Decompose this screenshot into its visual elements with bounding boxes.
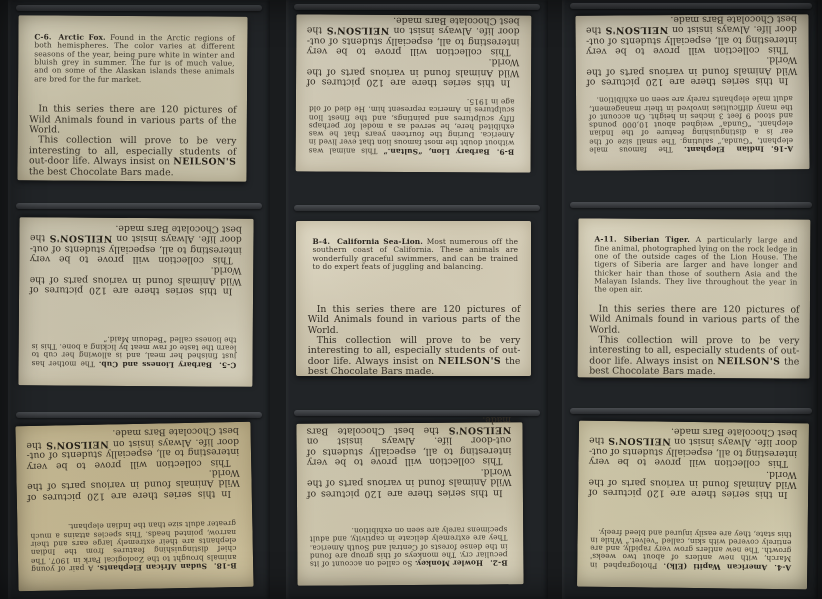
card-title: Howler Monkey. [415, 559, 483, 568]
card-title: Barbary Lioness and Cub. [99, 359, 212, 369]
card-siberian-tiger: A-11.Siberian Tiger. A particularly larg… [578, 218, 811, 378]
series-paragraph: This collection will prove to be very in… [29, 136, 237, 179]
card-indian-elephant: A-16.Indian Elephant. The famous male el… [575, 14, 809, 171]
series-footer: In this series there are 120 pictures of… [589, 304, 799, 378]
series-paragraph: In this series there are 120 pictures of… [29, 104, 236, 137]
series-paragraph: In this series there are 120 pictures of… [30, 263, 242, 296]
card-number: B-18. [214, 561, 237, 570]
pocket-slot-ridge [16, 5, 262, 11]
nine-pocket-card-page-photo: C-6.Arctic Fox. Found in the Arctic regi… [0, 0, 822, 599]
card-barbary-lioness-and-cub: C-5.Barbary Lioness and Cub. The mother … [18, 217, 253, 387]
card-description: C-5.Barbary Lioness and Cub. The mother … [31, 334, 236, 369]
pocket-slot-ridge [16, 412, 262, 418]
series-footer: In this series there are 120 pictures of… [30, 222, 242, 296]
pocket-slot-ridge [294, 4, 540, 10]
series-footer: In this series there are 120 pictures of… [29, 104, 237, 178]
brand-name: NEILSON'S [608, 435, 671, 447]
pocket-slot-ridge [570, 3, 812, 9]
series-paragraph: In this series there are 120 pictures of… [588, 466, 797, 500]
series-paragraph: This collection will prove to be very in… [308, 336, 521, 378]
card-description: A-4.American Wapiti (Elk). Photographed … [590, 527, 792, 571]
card-american-wapiti-elk: A-4.American Wapiti (Elk). Photographed … [577, 421, 809, 590]
card-barbary-lion-sultan: B-9.Barbary Lion, “Sultan.” This animal … [296, 14, 532, 172]
brand-name: NEILSON'S [448, 424, 511, 435]
series-paragraph: This collection will prove to be very in… [589, 424, 798, 468]
series-paragraph: This collection will prove to be very in… [589, 336, 799, 379]
pocket-slot-ridge [570, 202, 812, 208]
series-footer: In this series there are 120 pictures of… [307, 414, 512, 499]
brand-name: NEILSON'S [438, 356, 501, 367]
card-arctic-fox: C-6.Arctic Fox. Found in the Arctic regi… [17, 15, 247, 182]
card-description-text: A particularly large and fine animal, ph… [594, 235, 797, 293]
card-description: B-2.Howler Monkey. So called on account … [310, 525, 508, 568]
card-howler-monkey: B-2.Howler Monkey. So called on account … [296, 422, 523, 586]
pocket-slot-ridge [570, 408, 812, 414]
card-title: Indian Elephant. [684, 144, 764, 154]
card-description: B-18.Sudan African Elephants. A pair of … [30, 519, 237, 573]
card-california-sea-lion: B-4.California Sea-Lion. Most numerous o… [296, 221, 531, 376]
series-paragraph: In this series there are 120 pictures of… [308, 305, 521, 336]
card-description: B-4.California Sea-Lion. Most numerous o… [312, 238, 518, 271]
series-paragraph: In this series there are 120 pictures of… [307, 55, 520, 87]
card-description: B-9.Barbary Lion, “Sultan.” This animal … [309, 96, 515, 155]
pocket-slot-ridge [294, 205, 540, 211]
series-paragraph: In this series there are 120 pictures of… [307, 466, 512, 499]
series-paragraph: This collection will prove to be very in… [307, 414, 512, 467]
card-description: C-6.Arctic Fox. Found in the Arctic regi… [34, 33, 235, 84]
pocket-slot-ridge [16, 203, 262, 209]
series-footer: In this series there are 120 pictures of… [307, 14, 520, 88]
series-footer: In this series there are 120 pictures of… [588, 424, 797, 499]
series-paragraph: This collection will prove to be very in… [307, 14, 520, 57]
card-description-text: This animal was without doubt the most f… [309, 97, 515, 155]
brand-name: NEILSON'S [605, 24, 668, 35]
series-paragraph: This collection will prove to be very in… [586, 13, 797, 56]
brand-name: NEILSON'S [717, 356, 780, 367]
series-paragraph: In this series there are 120 pictures of… [27, 467, 240, 502]
card-description: A-11.Siberian Tiger. A particularly larg… [594, 236, 797, 295]
series-paragraph: In this series there are 120 pictures of… [589, 304, 799, 336]
card-number: B-2. [490, 559, 508, 568]
card-description-text: Found in the Arctic regions of both hemi… [34, 33, 235, 84]
series-footer: In this series there are 120 pictures of… [26, 425, 240, 502]
series-footer: In this series there are 120 pictures of… [586, 13, 797, 87]
series-text: the best Chocolate Bars made. [29, 166, 174, 178]
brand-name: NEILSON'S [173, 156, 236, 167]
card-number: A-4. [774, 563, 791, 572]
brand-name: NEILSON'S [46, 438, 109, 450]
card-number: A-16. [771, 144, 793, 153]
card-sudan-african-elephants: B-18.Sudan African Elephants. A pair of … [15, 422, 253, 591]
series-paragraph: This collection will prove to be very in… [30, 222, 242, 265]
series-paragraph: In this series there are 120 pictures of… [586, 54, 797, 87]
series-footer: In this series there are 120 pictures of… [308, 305, 521, 378]
series-paragraph: This collection will prove to be very in… [26, 425, 239, 471]
series-text: This collection will prove to be very in… [307, 435, 512, 468]
brand-name: NEILSON'S [326, 25, 389, 36]
card-number: B-9. [497, 147, 515, 156]
card-number: C-5. [219, 360, 236, 369]
card-title: Barbary Lion, “Sultan.” [383, 147, 489, 157]
card-description: A-16.Indian Elephant. The famous male el… [589, 94, 793, 153]
brand-name: NEILSON'S [49, 233, 112, 244]
